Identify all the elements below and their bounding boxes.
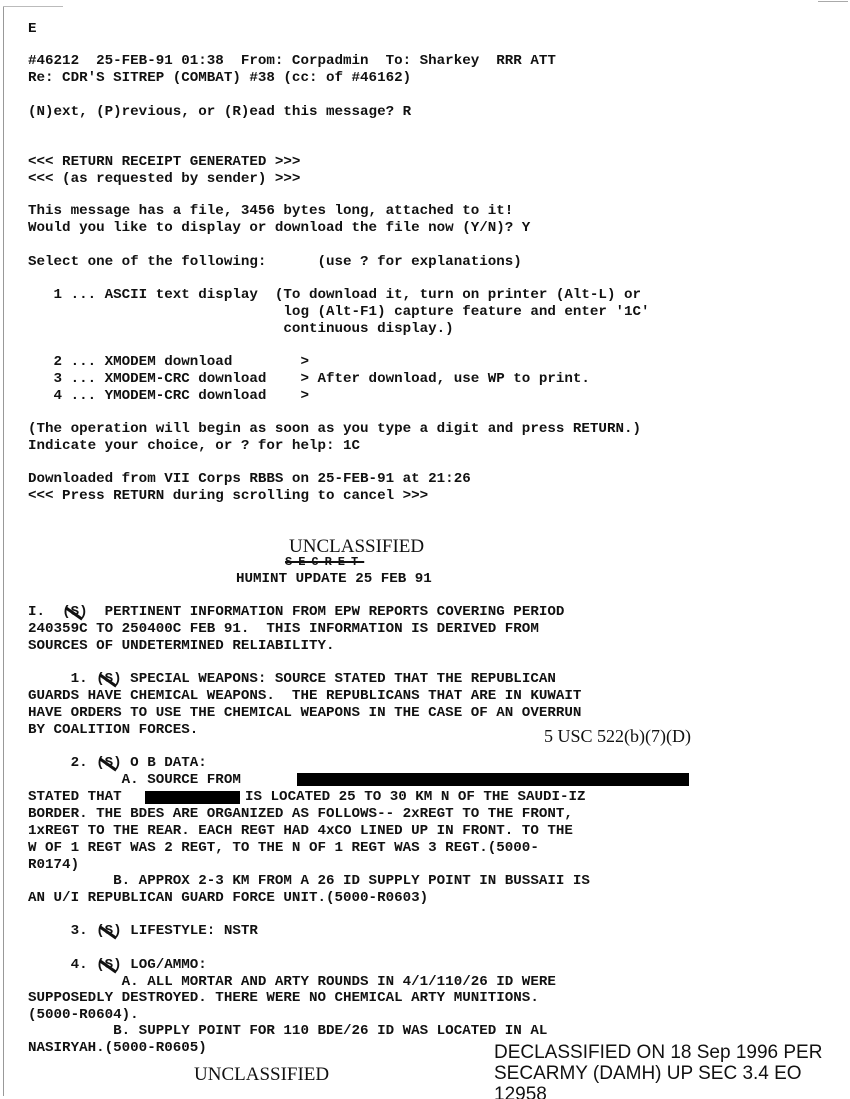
item-1-line3: HAVE ORDERS TO USE THE CHEMICAL WEAPONS …	[28, 705, 581, 722]
file-attached-line: This message has a file, 3456 bytes long…	[28, 203, 513, 220]
download-prompt: Would you like to display or download th…	[28, 220, 530, 237]
item-2a-line6: R0174)	[28, 857, 79, 874]
item-2-heading: 2. (S) O B DATA:	[28, 755, 207, 772]
item-2a-line5: W OF 1 REGT WAS 2 REGT, TO THE N OF 1 RE…	[28, 840, 539, 857]
press-return-line: <<< Press RETURN during scrolling to can…	[28, 488, 428, 505]
scan-edge-left	[3, 6, 4, 1096]
struck-portion-mark: (S)	[62, 604, 88, 621]
declassified-stamp-line1: DECLASSIFIED ON 18 Sep 1996 PER	[494, 1042, 822, 1063]
exemption-stamp: 5 USC 522(b)(7)(D)	[544, 726, 691, 747]
downloaded-from-line: Downloaded from VII Corps RBBS on 25-FEB…	[28, 471, 471, 488]
struck-portion-mark: (S)	[96, 671, 122, 688]
item-4a-line3: (5000-R0604).	[28, 1007, 139, 1024]
struck-portion-mark: (S)	[96, 957, 122, 974]
message-header-line1: #46212 25-FEB-91 01:38 From: Corpadmin T…	[28, 53, 556, 70]
option-1-line3: continuous display.)	[28, 321, 454, 338]
terminal-top-char: E	[28, 21, 37, 38]
section-1-line3: SOURCES OF UNDETERMINED RELIABILITY.	[28, 638, 335, 655]
item-2a-line4: 1xREGT TO THE REAR. EACH REGT HAD 4xCO L…	[28, 823, 573, 840]
item-4a-line1: A. ALL MORTAR AND ARTY ROUNDS IN 4/1/110…	[28, 974, 556, 991]
select-prompt: Select one of the following: (use ? for …	[28, 254, 522, 271]
item-4b-line1: B. SUPPLY POINT FOR 110 BDE/26 ID WAS LO…	[28, 1023, 547, 1040]
option-4-ymodem-crc: 4 ... YMODEM-CRC download >	[28, 388, 309, 405]
read-prompt: (N)ext, (P)revious, or (R)ead this messa…	[28, 104, 411, 121]
item-4a-line2: SUPPOSEDLY DESTROYED. THERE WERE NO CHEM…	[28, 990, 539, 1007]
scanned-document-page: E #46212 25-FEB-91 01:38 From: Corpadmin…	[0, 0, 850, 1099]
redaction-bar	[145, 791, 240, 804]
struck-portion-mark: (S)	[96, 923, 122, 940]
receipt-line2: <<< (as requested by sender) >>>	[28, 171, 300, 188]
document-title: HUMINT UPDATE 25 FEB 91	[236, 571, 432, 588]
section-1-line2: 240359C TO 250400C FEB 91. THIS INFORMAT…	[28, 621, 539, 638]
choice-prompt: Indicate your choice, or ? for help: 1C	[28, 438, 360, 455]
item-2a-line1: A. SOURCE FROM	[28, 772, 241, 789]
item-2a-line2-pre: STATED THAT	[28, 789, 122, 806]
message-header-line2: Re: CDR'S SITREP (COMBAT) #38 (cc: of #4…	[28, 70, 411, 87]
declassified-stamp-line3: 12958	[494, 1084, 547, 1099]
item-1-line1: 1. (S) SPECIAL WEAPONS: SOURCE STATED TH…	[28, 671, 556, 688]
option-3-xmodem-crc: 3 ... XMODEM-CRC download > After downlo…	[28, 371, 590, 388]
item-1-line4: BY COALITION FORCES.	[28, 722, 198, 739]
redaction-bar	[297, 773, 689, 786]
struck-portion-mark: (S)	[96, 755, 122, 772]
struck-secret-marking: SECRET	[285, 554, 364, 571]
declassified-stamp-line2: SECARMY (DAMH) UP SEC 3.4 EO	[494, 1063, 802, 1084]
operation-note: (The operation will begin as soon as you…	[28, 421, 641, 438]
scan-edge-top	[3, 6, 63, 7]
option-1-line1: 1 ... ASCII text display (To download it…	[28, 287, 641, 304]
item-4-heading: 4. (S) LOG/AMMO:	[28, 957, 207, 974]
section-1-line1: I. (S) PERTINENT INFORMATION FROM EPW RE…	[28, 604, 564, 621]
item-4b-line2: NASIRYAH.(5000-R0605)	[28, 1040, 207, 1057]
receipt-line1: <<< RETURN RECEIPT GENERATED >>>	[28, 154, 300, 171]
classification-bottom: UNCLASSIFIED	[194, 1064, 329, 1086]
item-2a-line2-post: IS LOCATED 25 TO 30 KM N OF THE SAUDI-IZ	[245, 789, 586, 806]
option-1-line2: log (Alt-F1) capture feature and enter '…	[28, 304, 650, 321]
option-2-xmodem: 2 ... XMODEM download >	[28, 354, 309, 371]
scan-edge-top-right	[818, 1, 848, 2]
item-2a-line3: BORDER. THE BDES ARE ORGANIZED AS FOLLOW…	[28, 806, 573, 823]
item-2b-line1: B. APPROX 2-3 KM FROM A 26 ID SUPPLY POI…	[28, 873, 590, 890]
item-3: 3. (S) LIFESTYLE: NSTR	[28, 923, 258, 940]
item-2b-line2: AN U/I REPUBLICAN GUARD FORCE UNIT.(5000…	[28, 890, 428, 907]
item-1-line2: GUARDS HAVE CHEMICAL WEAPONS. THE REPUBL…	[28, 688, 581, 705]
